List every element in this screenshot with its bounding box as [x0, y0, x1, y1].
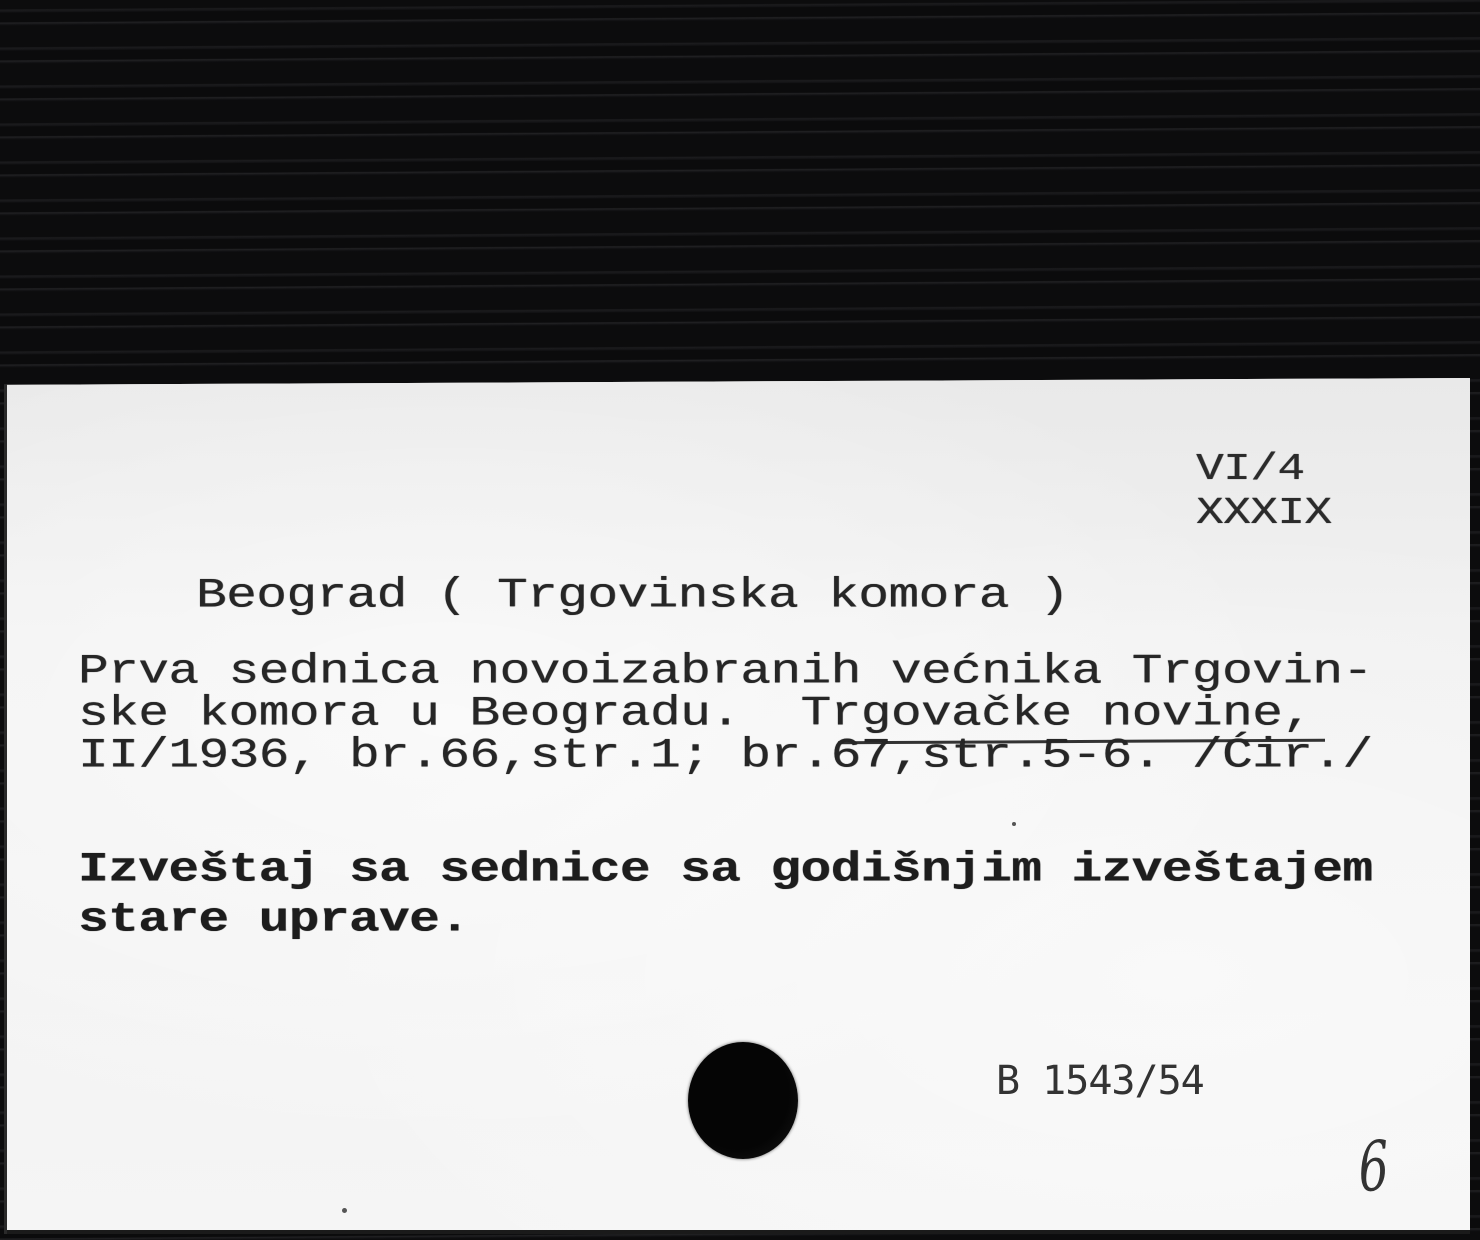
citation-line1: Prva sednica novoizabranih većnika Trgov… — [78, 651, 1373, 693]
citation-line2: ske komora u Beogradu. Trgovačke novine, — [78, 693, 1312, 735]
newspaper-title: Trgovačke novine — [801, 691, 1283, 738]
shelf-mark: B 1543/54 — [996, 1058, 1204, 1104]
microfilm-scan: VI/4 XXXIX Beograd ( Trgovinska komora )… — [0, 0, 1480, 1240]
call-number-line2: XXXIX — [1196, 494, 1332, 532]
dust-speck — [342, 1208, 347, 1213]
summary-line1: Izveštaj sa sednice sa godišnjim izvešta… — [78, 849, 1373, 891]
citation-line2-suffix: , — [1282, 691, 1312, 738]
handwritten-note: 6 — [1357, 1127, 1391, 1209]
dust-speck — [1012, 822, 1016, 826]
citation-line3: II/1936, br.66,str.1; br.67,str.5-6. /Ći… — [78, 735, 1373, 777]
call-number-line1: VI/4 — [1196, 450, 1304, 488]
summary-line2: stare uprave. — [78, 899, 469, 941]
punch-hole — [688, 1042, 798, 1159]
card-heading: Beograd ( Trgovinska komora ) — [196, 575, 1069, 617]
citation-line2-prefix: ske komora u Beogradu. — [78, 691, 801, 738]
